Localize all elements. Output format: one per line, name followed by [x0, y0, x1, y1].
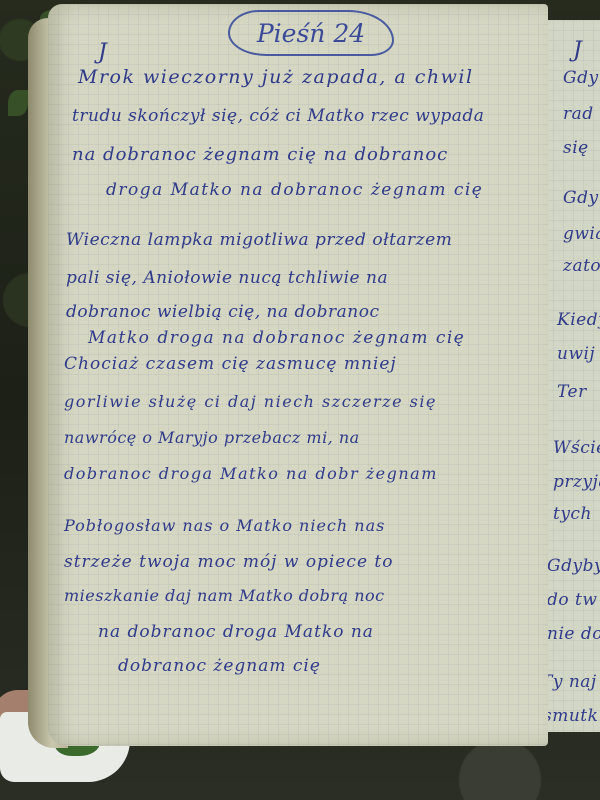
lyric-line: trudu skończył się, cóż ci Matko rzec wy…	[72, 106, 484, 126]
lyric-line: strzeże twoja moc mój w opiece to	[64, 552, 393, 572]
text-fragment: gwia	[563, 224, 600, 244]
text-fragment: Ter	[557, 382, 587, 402]
text-fragment: przyja	[553, 472, 600, 492]
text-fragment: Gdy	[563, 68, 599, 88]
leaf-decoration	[8, 90, 28, 116]
song-title: Pieśń 24	[228, 10, 394, 56]
lyric-line: Pobłogosław nas o Matko niech nas	[64, 516, 385, 535]
lyric-line: pali się, Aniołowie nucą tchliwie na	[66, 268, 388, 288]
text-fragment: tych	[553, 504, 592, 524]
text-fragment: Gdyby	[547, 556, 600, 576]
text-fragment: smutk	[543, 706, 598, 726]
lyric-line: droga Matko na dobranoc żegnam cię	[106, 180, 483, 200]
left-page: Pieśń 24 J Mrok wieczorny już zapada, a …	[48, 4, 548, 746]
text-fragment: Ty naj	[541, 672, 597, 692]
text-fragment: do tw	[547, 590, 597, 610]
text-fragment: nie do	[547, 624, 600, 644]
lyric-line: Matko droga na dobranoc żegnam cię	[88, 328, 465, 348]
lyric-line: dobranoc droga Matko na dobr żegnam	[64, 464, 438, 483]
lyric-line: mieszkanie daj nam Matko dobrą noc	[64, 586, 385, 605]
text-fragment: rad	[563, 104, 594, 124]
text-fragment: uwij	[557, 344, 595, 364]
text-fragment: Wście	[553, 438, 600, 458]
margin-mark: J	[98, 40, 107, 65]
lyric-line: dobranoc wielbią cię, na dobranoc	[66, 302, 380, 322]
lyric-line: Mrok wieczorny już zapada, a chwil	[78, 66, 474, 88]
text-fragment: Gdy	[563, 188, 599, 208]
text-fragment: się	[563, 138, 589, 158]
lyric-line: gorliwie służę ci daj niech szczerze się	[64, 392, 437, 411]
text-fragment: Kiedy	[557, 310, 600, 330]
lyric-line: nawrócę o Maryjo przebacz mi, na	[64, 428, 360, 447]
margin-mark: J	[573, 38, 582, 63]
lyric-line: dobranoc żegnam cię	[118, 656, 321, 676]
lyric-line: Chociaż czasem cię zasmucę mniej	[64, 354, 397, 374]
lyric-line: na dobranoc żegnam cię na dobranoc	[72, 144, 448, 165]
text-fragment: zato	[563, 256, 600, 276]
lyric-line: na dobranoc droga Matko na	[98, 622, 374, 642]
lyric-line: Wieczna lampka migotliwa przed ołtarzem	[66, 230, 452, 250]
